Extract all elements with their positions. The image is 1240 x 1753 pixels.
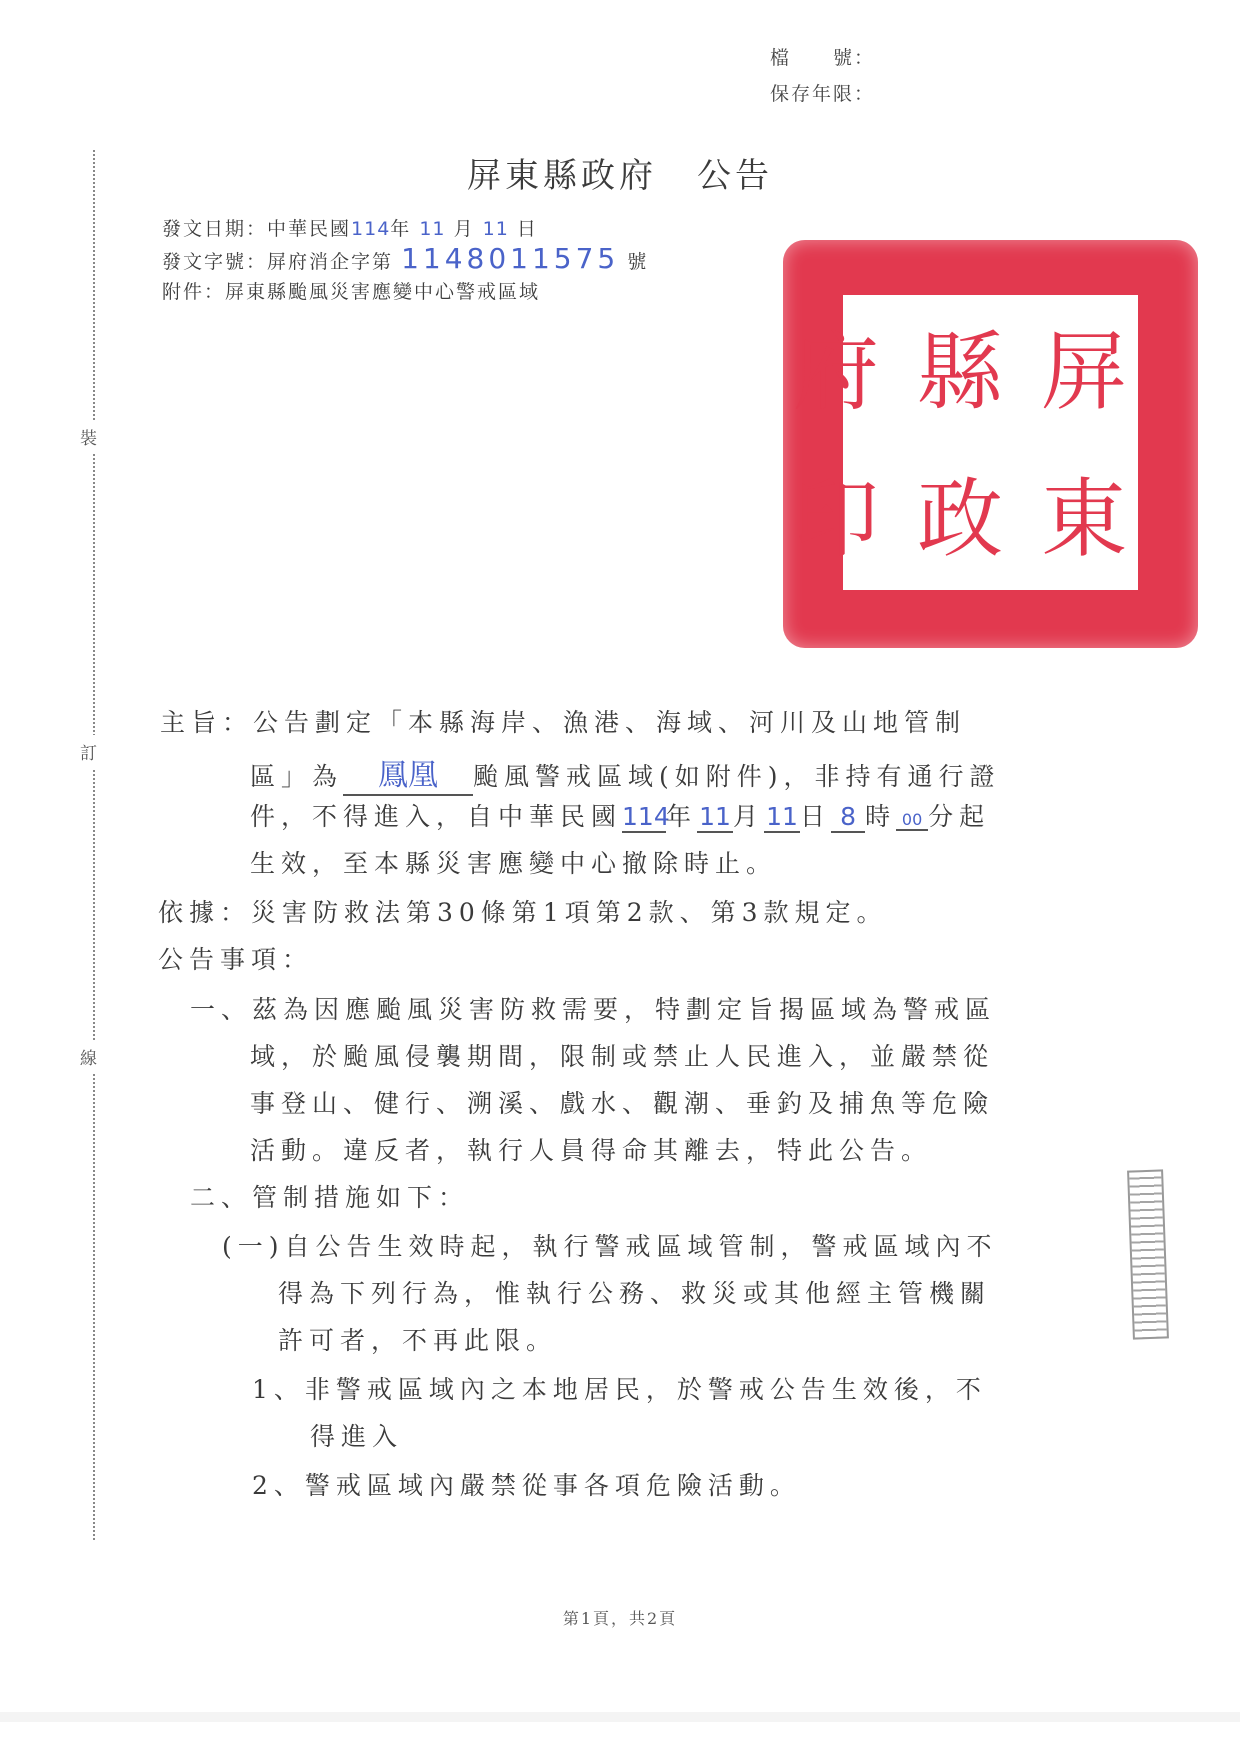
subject-line-2: 區」為鳳凰颱風警戒區域(如附件)，非持有通行證 <box>250 750 1001 796</box>
point-1-line-2: 得進入 <box>310 1417 403 1453</box>
point-1-number: 1、 <box>252 1375 305 1404</box>
sub-item-1-line-1: (一)自公告生效時起，執行警戒區域管制，警戒區域內不 <box>222 1227 998 1263</box>
handwritten-effective-month: 11 <box>697 802 733 833</box>
subject-line-3: 件，不得進入，自中華民國114年11月11日8時00分起 <box>250 797 990 833</box>
subject-line-1: 主旨：公告劃定「本縣海岸、漁港、海域、河川及山地管制 <box>160 703 966 739</box>
issue-date-row: 發文日期：中華民國114年 11 月 11 日 <box>162 214 648 244</box>
agency-name: 屏東縣政府 <box>467 156 657 196</box>
handwritten-effective-hour: 8 <box>831 802 865 833</box>
notice-item-1-line-1: 一、茲為因應颱風災害防救需要，特劃定旨揭區域為警戒區 <box>190 990 996 1026</box>
binding-margin-dotted-line <box>93 150 97 1540</box>
sub-item-1-line-2: 得為下列行為，惟執行公務、救災或其他經主管機關 <box>278 1274 991 1310</box>
seal-char: 政 <box>890 443 1014 591</box>
document-type: 公告 <box>697 156 773 196</box>
notice-item-1-line-2: 域，於颱風侵襲期間，限制或禁止人民進入，並嚴禁從 <box>250 1037 994 1073</box>
point-2-number: 2、 <box>252 1471 305 1500</box>
retention-period-label: 保存年限： <box>770 76 875 112</box>
handwritten-typhoon-name: 鳳凰 <box>343 750 473 796</box>
seal-char: 府 <box>766 295 890 443</box>
handwritten-effective-year: 114 <box>622 802 666 833</box>
subject-label: 主旨： <box>160 708 253 737</box>
point-2-line-1: 2、警戒區域內嚴禁從事各項危險活動。 <box>252 1466 801 1502</box>
handwritten-year: 114 <box>351 218 390 240</box>
notice-item-2: 二、管制措施如下： <box>190 1178 469 1214</box>
handwritten-month: 11 <box>419 218 445 240</box>
perforation-seal-mark <box>1127 1169 1169 1339</box>
legal-basis: 依據：災害防救法第30條第1項第2款、第3款規定。 <box>158 893 888 929</box>
notice-items-label: 公告事項： <box>158 940 313 976</box>
notice-item-1-number: 一、 <box>190 995 252 1024</box>
point-1-line-1: 1、非警戒區域內之本地居民，於警戒公告生效後，不 <box>252 1370 987 1406</box>
attachment-row: 附件：屏東縣颱風災害應變中心警戒區域 <box>162 277 648 307</box>
handwritten-effective-minute: 00 <box>896 810 928 831</box>
file-meta: 檔 號： 保存年限： <box>770 40 875 112</box>
seal-char: 屏 <box>1014 295 1138 443</box>
sub-item-1-number: (一) <box>222 1232 285 1261</box>
binding-mark-zhuang: 裝 <box>80 420 97 453</box>
notice-item-1-line-4: 活動。違反者，執行人員得命其離去，特此公告。 <box>250 1131 932 1167</box>
notice-item-1-line-3: 事登山、健行、溯溪、戲水、觀潮、垂釣及捕魚等危險 <box>250 1084 994 1120</box>
file-number-label: 檔 號： <box>770 40 875 76</box>
reference-number-row: 發文字號：屏府消企字第 1148011575 號 <box>162 244 648 277</box>
handwritten-day: 11 <box>483 218 509 240</box>
binding-mark-ding: 訂 <box>80 735 97 768</box>
handwritten-reference-number: 1148011575 <box>401 242 619 275</box>
page-number: 第1頁，共2頁 <box>0 1606 1240 1629</box>
seal-char: 印 <box>766 443 890 591</box>
page-title: 屏東縣政府公告 <box>0 148 1240 197</box>
document-header: 發文日期：中華民國114年 11 月 11 日 發文字號：屏府消企字第 1148… <box>162 214 648 307</box>
notice-item-2-number: 二、 <box>190 1183 252 1212</box>
official-seal-stamp: 屏 縣 府 東 政 印 <box>783 240 1198 648</box>
subject-line-4: 生效，至本縣災害應變中心撤除時止。 <box>250 844 777 880</box>
seal-char: 東 <box>1014 443 1138 591</box>
sub-item-1-line-3: 許可者，不再此限。 <box>278 1321 557 1357</box>
binding-mark-xian: 線 <box>80 1040 97 1073</box>
handwritten-effective-day: 11 <box>764 802 800 833</box>
seal-char: 縣 <box>890 295 1014 443</box>
scan-edge <box>0 1712 1240 1722</box>
